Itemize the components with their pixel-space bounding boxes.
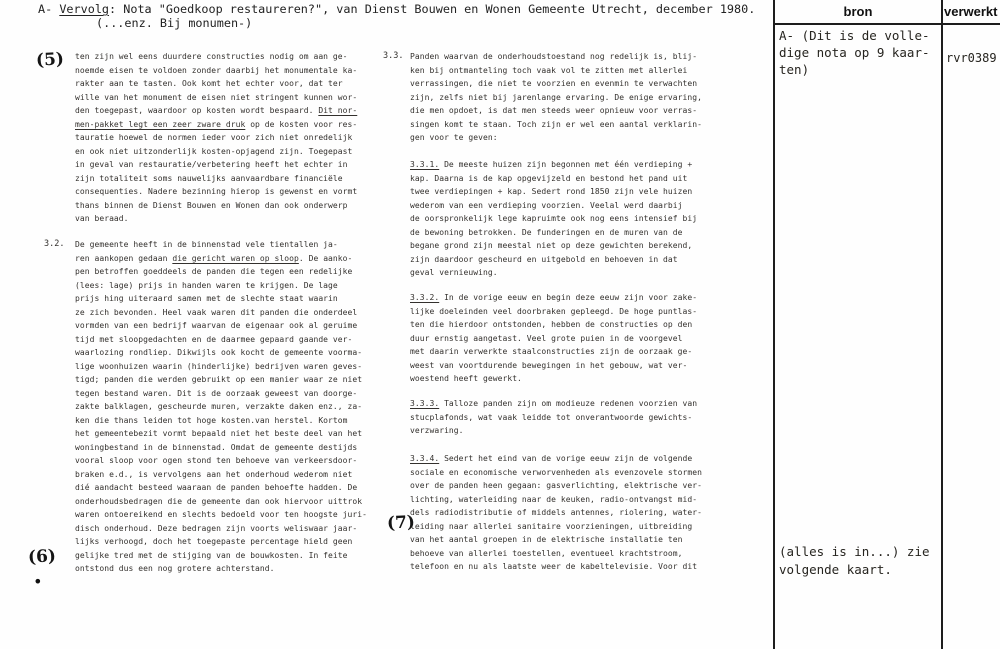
verwerkt-column-header: verwerkt <box>944 4 997 20</box>
section-label-3-3: 3.3. <box>383 50 403 64</box>
stray-dot: • <box>33 577 43 587</box>
page-marker-5: (5) <box>35 49 64 70</box>
paragraph-3-3-4: 3.3.4. Sedert het eind van de vorige eeu… <box>410 452 720 574</box>
verwerkt-column-divider <box>941 0 943 649</box>
paragraph-3-3-3: 3.3.3. Talloze panden zijn om modieuze r… <box>410 397 720 438</box>
card-title: A- Vervolg: Nota "Goedkoop restaureren?"… <box>38 2 755 16</box>
verwerkt-code: rvr0389 <box>946 51 997 66</box>
bron-column-divider <box>773 0 775 649</box>
bron-column-header: bron <box>775 4 941 20</box>
paragraph-3-3-2: 3.3.2. In de vorige eeuw en begin deze e… <box>410 291 720 386</box>
scanned-archive-card: A- Vervolg: Nota "Goedkoop restaureren?"… <box>0 0 1000 649</box>
page-marker-7: (7) <box>386 512 415 533</box>
table-header-rule <box>773 23 1000 25</box>
paragraph-3-2: De gemeente heeft in de binnenstad vele … <box>75 238 375 576</box>
section-label-3-2: 3.2. <box>44 238 64 252</box>
card-subtitle: (...enz. Bij monumen-) <box>96 16 252 30</box>
paragraph-3-3: Panden waarvan de onderhoudstoestand nog… <box>410 50 720 145</box>
bron-note: A- (Dit is de volle-dige nota op 9 kaar-… <box>779 27 930 78</box>
paragraph-3-3-1: 3.3.1. De meeste huizen zijn begonnen me… <box>410 158 720 280</box>
page-marker-6: (6) <box>27 546 56 567</box>
bron-footer-note: (alles is in...) zievolgende kaart. <box>779 543 930 578</box>
paragraph-5: ten zijn wel eens duurdere constructies … <box>75 50 375 226</box>
